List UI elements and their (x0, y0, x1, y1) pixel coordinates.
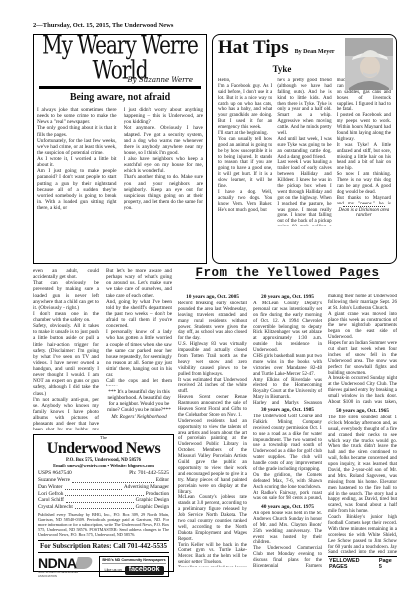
hat-tips-column-3-text: much a death sentence. I can tell you th… (337, 78, 391, 204)
like-us-label: Like us on (104, 568, 121, 572)
staff-row: Carol SchiffGraphic Design (38, 497, 169, 504)
title-rule (39, 86, 201, 89)
fifty-years-ago-text: The fire siren sounded about 1 o'clock M… (328, 415, 397, 553)
hat-tips-column-2: he's a pretty good friend (although we h… (277, 78, 331, 226)
bhg-newspapers-label: BHG's ND Community Newspapers (102, 558, 166, 564)
dot-leader (75, 508, 134, 509)
decade-heading-20-years: 20 years ago, Oct. 1995 (253, 294, 322, 300)
yellowed-pages-banner: From the Yellowed Pages (178, 266, 397, 280)
article-column-4: But let's be more aware and perhaps wary… (106, 268, 172, 430)
article-continuation: even an adult, could accidentally get sh… (33, 268, 172, 430)
decade-heading-40-years: 40 years ago, Oct. 1975 (253, 504, 322, 510)
staff-name: Carol Schiff (38, 497, 64, 504)
newspaper-page: 2—Thursday, Oct. 15, 2015, The Underwood… (0, 0, 400, 600)
column-title: My Weary Werre World (37, 37, 203, 77)
jump-line-page: Page 5 (379, 558, 396, 568)
jump-line: YELLOWED PAGES Page 5 (328, 556, 397, 568)
weary-werre-column-box: My Weary Werre World By Suzanne Werre Be… (33, 34, 207, 264)
decade-heading-50-years: 50 years ago, Oct. 1965 (328, 408, 397, 414)
hat-tips-column-3: much a death sentence. I can tell you th… (337, 78, 391, 226)
yellowed-pages-section: 10 years ago, Oct. 2005 Record breaking … (178, 292, 397, 568)
dot-leader (65, 495, 143, 496)
decade-heading-30-years: 30 years ago, Oct. 1985 (253, 407, 322, 413)
newspaper-name: Underwood News (38, 441, 169, 458)
quote-attribution: Mr. Rogers' Neighborhood (106, 414, 172, 420)
dot-leader (65, 489, 122, 490)
phone-number: Ph: 701-442-5525 (129, 470, 169, 476)
usps-number: USPS #647540 (38, 470, 72, 476)
article-column-1: I always joke that sometimes there needs… (37, 107, 117, 273)
staff-row: Crystal AlbrechtGraphic Design (38, 504, 169, 511)
ndna-letters: NDNA (38, 556, 94, 570)
folio-line: 2—Thursday, Oct. 15, 2015, The Underwood… (33, 22, 173, 29)
staff-row: Suzanne WerreEditor (38, 477, 169, 484)
staff-list: Suzanne WerreEditor Dan WinterAdvertisin… (38, 477, 169, 510)
columnist-tagline: Dean is a Dickinson area rancher (337, 208, 391, 218)
hat-tips-byline: By Dean Meyer (295, 49, 335, 55)
ten-years-ago-text: Record breaking early snowfall pounded t… (178, 301, 247, 567)
masthead-box: The Underwood News P.O. Box 575, Underwo… (33, 434, 174, 572)
neighborhood-quote: *** It's a beautiful day in this neighbo… (106, 389, 172, 413)
forty-years-ago-continued-text: making their home at Underwood following… (328, 294, 397, 406)
dot-leader (72, 482, 154, 483)
staff-role: Graphic Design (136, 497, 169, 504)
article-headline: Being aware, not afraid (37, 92, 203, 103)
publication-fine-print: Published every Thursday by BHG, Inc., P… (38, 512, 169, 537)
ndna-logo: NDNA NORTH DAKOTA NEWSPAPER ASSOCIATION (38, 556, 94, 578)
forty-years-ago-text: An open house was held in the St. Andrew… (253, 511, 322, 567)
staff-row: Dan WinterAdvertising Manager (38, 484, 169, 491)
yellowed-column-3: making their home at Underwood following… (328, 292, 397, 568)
hat-tips-column-1: Hello, I'm a Facebook guy. As I said bef… (218, 78, 272, 226)
facebook-badge: BHG's ND Community Newspapers Like us on… (99, 556, 169, 577)
yellowed-column-1: 10 years ago, Oct. 2005 Record breaking … (178, 292, 247, 568)
yellowed-column-2: 20 years ago, Oct. 1995 A McLean County … (253, 292, 322, 568)
staff-name: Suzanne Werre (38, 477, 70, 484)
hat-tips-title: Hat Tips (218, 37, 289, 58)
hat-tips-column-box: Hat Tips By Dean Meyer Tyke Hello, I'm a… (212, 34, 397, 264)
dean-meyer-photo (345, 38, 393, 90)
dot-leader (66, 502, 134, 503)
staff-role: Production (146, 491, 169, 498)
ndna-caption: NORTH DAKOTA NEWSPAPER ASSOCIATION (38, 570, 94, 578)
staff-role: Advertising Manager (124, 484, 169, 491)
decade-heading-10-years: 10 years ago, Oct. 2005 (178, 294, 247, 300)
thirty-years-ago-text: The Underwood Golf Course and Falkirk Mi… (253, 414, 322, 502)
masthead-contact: Email: unews@westriv.com • Website: bhgn… (38, 463, 169, 468)
article-column-3: even an adult, could accidentally get sh… (33, 268, 99, 430)
tagline-divider (343, 206, 385, 207)
article-column-4-text: But let's be more aware and perhaps wary… (106, 268, 172, 386)
hat-tips-headline: Tyke (218, 64, 346, 74)
article-column-2: I just didn't worry about anything happe… (124, 107, 204, 273)
jump-line-label: YELLOWED PAGES (329, 558, 379, 568)
staff-name: Dan Winter (38, 484, 63, 491)
twenty-years-ago-text: A McLean County Deputy's personal car wa… (253, 301, 322, 405)
subscription-rates-bar: For Subscription Rates: Call 701-442-553… (38, 540, 169, 553)
facebook-logo: facebook (125, 566, 164, 575)
staff-role: Graphic Design (136, 504, 169, 511)
staff-name: Crystal Albrecht (38, 504, 73, 511)
staff-role: Editor (156, 477, 169, 484)
